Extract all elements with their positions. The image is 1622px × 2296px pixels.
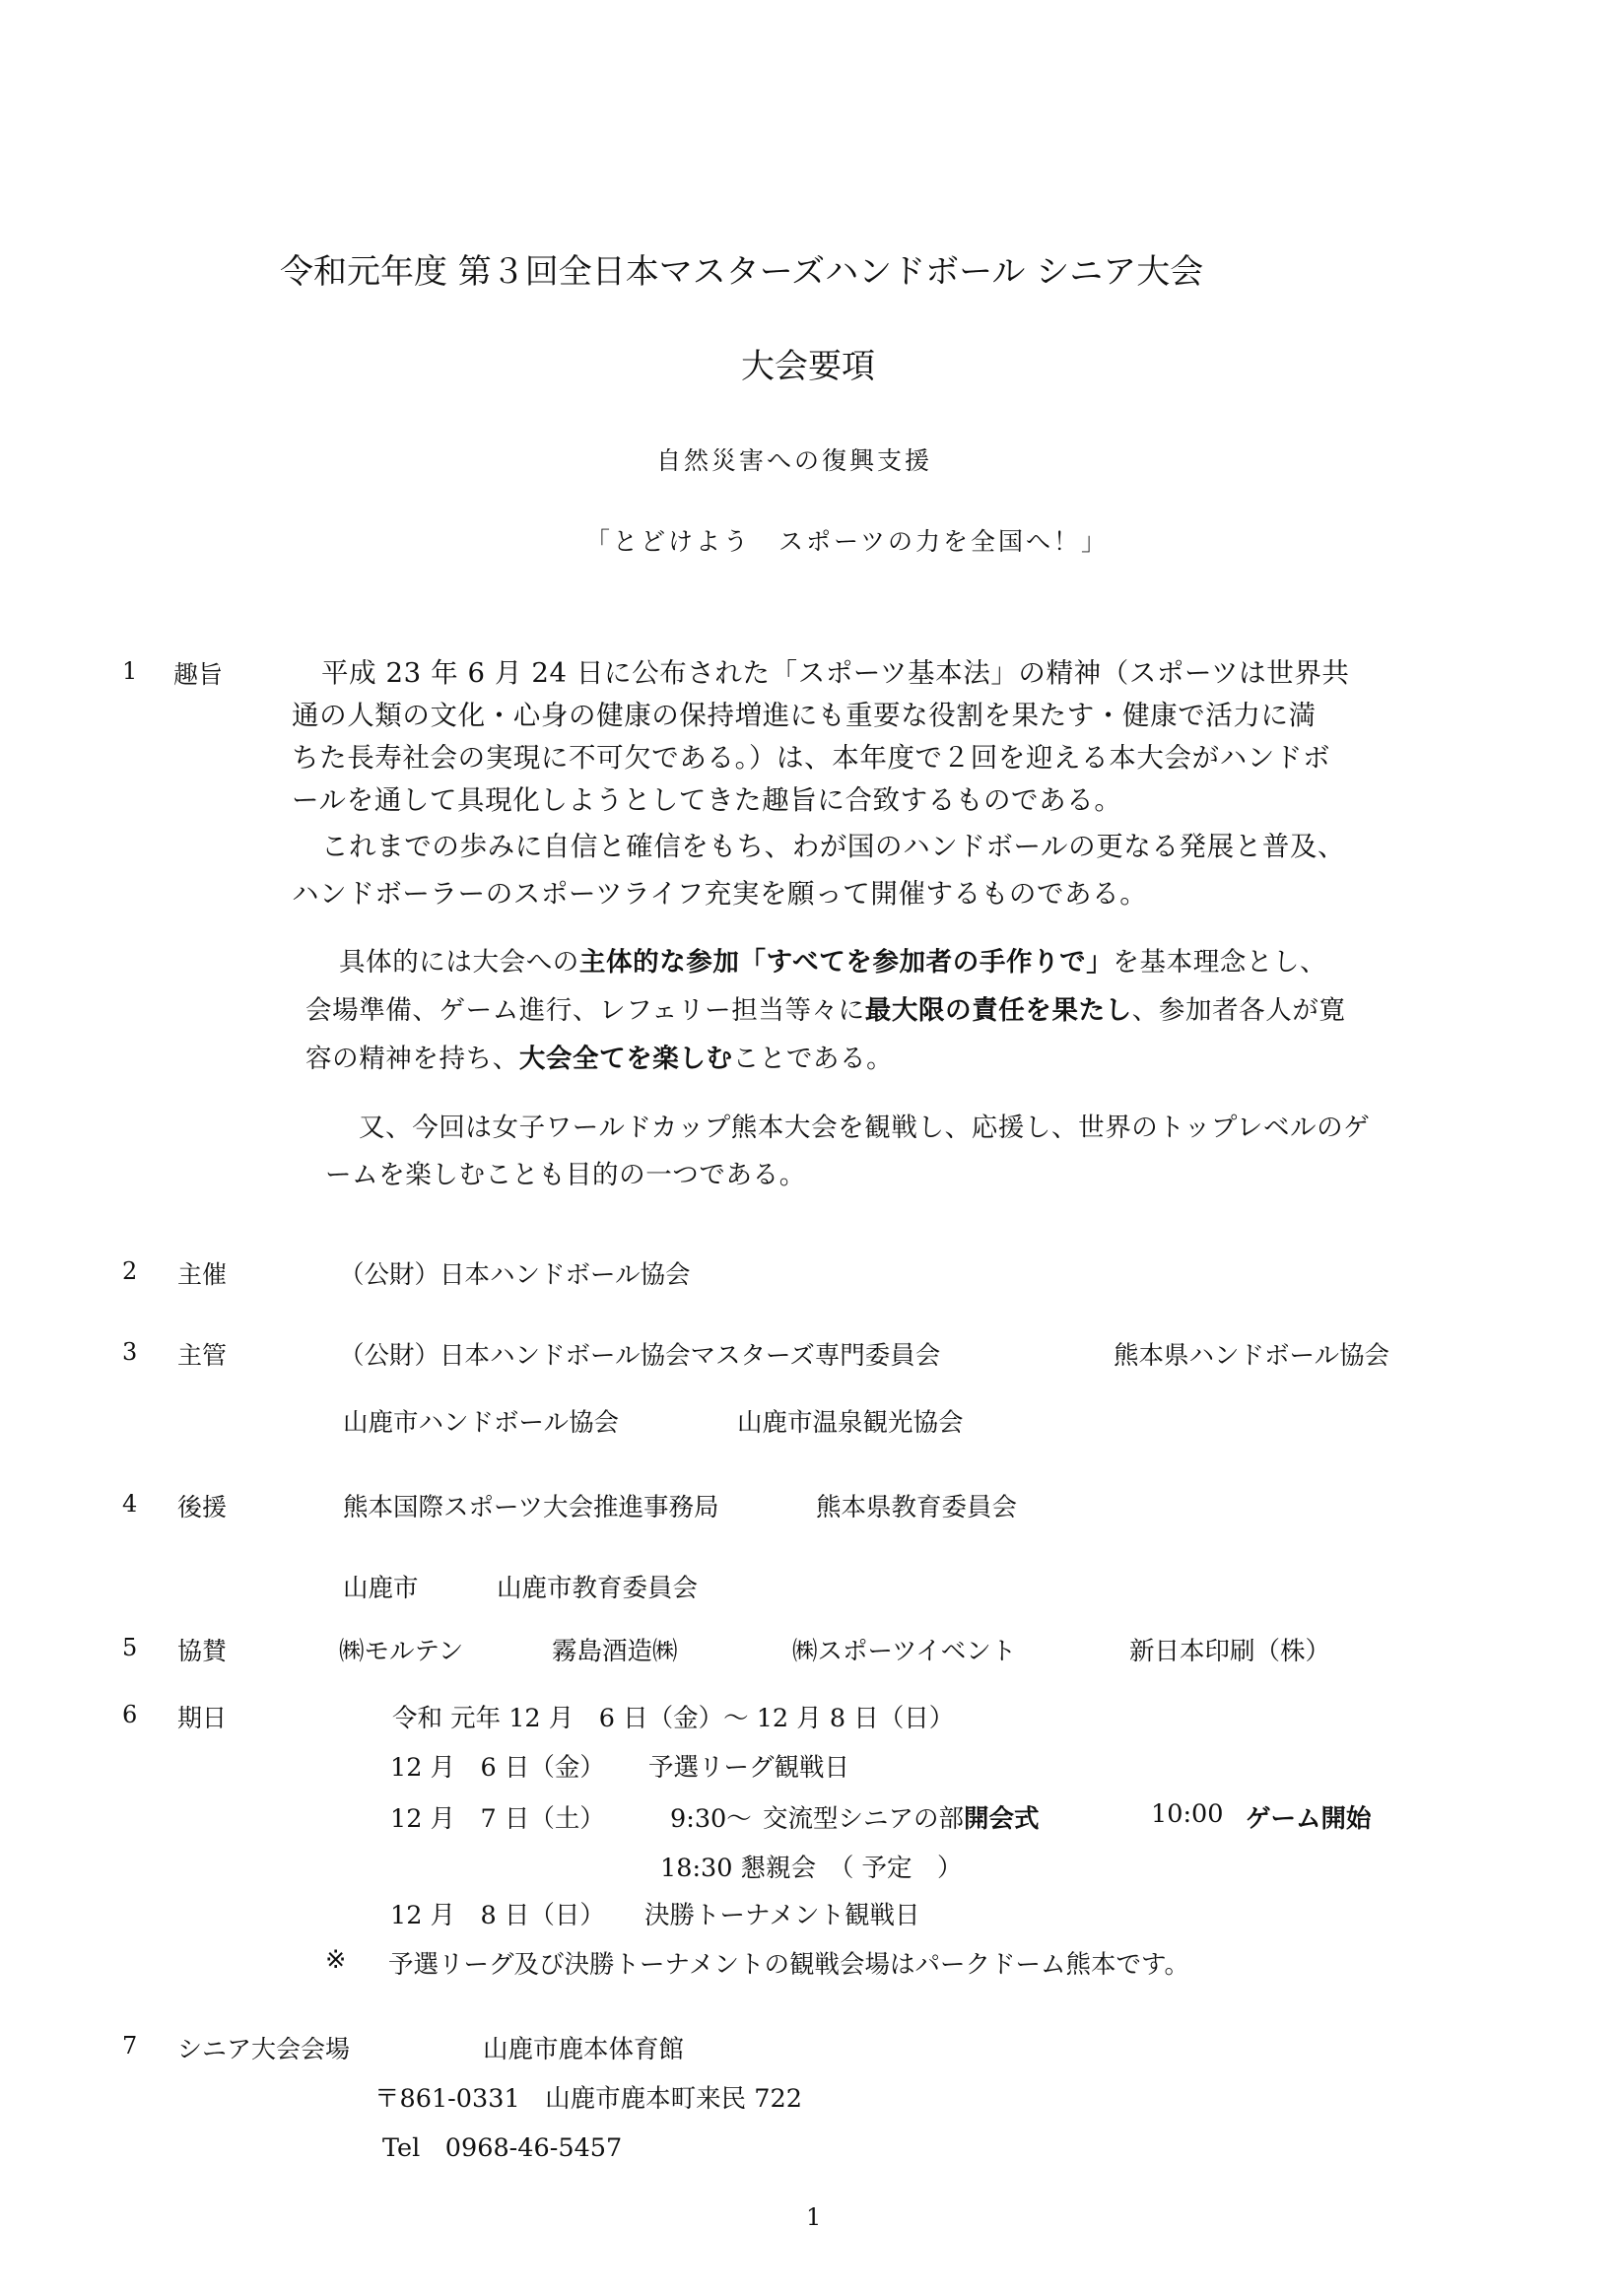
section-number: 7 [122,2032,137,2060]
document-title: 令和元年度 第３回全日本マスターズハンドボール シニア大会 [280,244,1203,293]
slogan-text: 「とどけよう スポーツの力を全国へ！」 [585,522,1109,558]
manager-org: 山鹿市ハンドボール協会 [343,1403,619,1439]
note-text: 予選リーグ及び決勝トーナメントの観戦会場はパークドーム熊本です。 [388,1945,1189,1981]
sponsor-name: ㈱モルテン [339,1632,463,1667]
emphasis-text: 主体的な参加「すべてを参加者の手作りで」 [579,947,1113,978]
paragraph-line: 通の人類の文化・心身の健康の保持増進にも重要な役割を果たす・健康で活力に満 [292,693,1317,732]
supporter-org: 山鹿市 [343,1569,419,1604]
schedule-date: 12 月 7 日（土） [390,1799,605,1835]
section-label: 主管 [177,1336,227,1372]
document-subtitle: 大会要項 [741,339,875,387]
sponsor-name: ㈱スポーツイベント [792,1632,1016,1667]
supporter-org: 山鹿市教育委員会 [497,1569,698,1604]
paragraph-line: これまでの歩みに自信と確信をもち、わが国のハンドボールの更なる発展と普及、 [321,824,1345,863]
sponsor-name: 新日本印刷（株） [1129,1632,1330,1667]
venue-address: 〒861-0331 山鹿市鹿本町来民 722 [374,2079,802,2115]
section-label: 主催 [177,1255,227,1291]
section-number: 3 [122,1338,137,1366]
paragraph-line: ちた長寿社会の実現に不可欠である。）は、本年度で２回を迎える本大会がハンドボ [292,735,1330,775]
paragraph-line: ームを楽しむことも目的の一つである。 [325,1153,806,1191]
emphasis-text: 最大限の責任を果たし [865,995,1132,1026]
section-number: 6 [122,1701,137,1728]
organizer-name: （公財）日本ハンドボール協会 [339,1255,691,1291]
sponsor-name: 霧島酒造㈱ [552,1632,678,1667]
section-number: 1 [122,657,137,685]
emphasis-text: 大会全てを楽しむ [519,1044,733,1074]
emphasis-text: 開会式 [964,1804,1040,1834]
page-number: 1 [806,2203,821,2231]
paragraph-line: 又、今回は女子ワールドカップ熊本大会を観戦し、応援し、世界のトップレベルのゲ [359,1106,1370,1144]
paragraph-line: 平成 23 年 6 月 24 日に公布された「スポーツ基本法」の精神（スポーツは… [321,650,1350,690]
document-page: 令和元年度 第３回全日本マスターズハンドボール シニア大会 大会要項 自然災害へ… [0,0,1622,2296]
section-label: シニア大会会場 [177,2030,350,2065]
schedule-text: 決勝トーナメント観戦日 [644,1896,919,1931]
theme-text: 自然災害への復興支援 [656,441,932,477]
supporter-org: 熊本国際スポーツ大会推進事務局 [343,1488,718,1523]
schedule-text: 交流型シニアの部開会式 [763,1799,1040,1835]
schedule-sub: 18:30 懇親会 （ 予定 ） [660,1849,962,1884]
paragraph-line: 会場準備、ゲーム進行、レフェリー担当等々に最大限の責任を果たし、参加者各人が寛 [305,988,1346,1027]
section-number: 2 [122,1257,137,1285]
paragraph-line: 容の精神を持ち、大会全てを楽しむことである。 [305,1037,893,1075]
supporter-org: 熊本県教育委員会 [816,1488,1017,1523]
schedule-date: 12 月 8 日（日） [390,1896,605,1931]
section-label: 後援 [177,1488,227,1523]
section-label: 期日 [177,1699,227,1734]
section-number: 5 [122,1634,137,1661]
paragraph-line: ールを通して具現化しようとしてきた趣旨に合致するものである。 [292,777,1121,817]
section-label: 協賛 [177,1632,227,1667]
emphasis-text: ゲーム開始 [1246,1799,1372,1835]
section-label: 趣旨 [173,655,223,691]
date-range: 令和 元年 12 月 6 日（金）～ 12 月 8 日（日） [392,1699,954,1734]
schedule-time: 9:30～ [670,1799,752,1835]
schedule-text: 予選リーグ観戦日 [648,1748,849,1784]
manager-org: 山鹿市温泉観光協会 [737,1403,964,1439]
section-number: 4 [122,1490,137,1518]
venue-phone: Tel 0968-46-5457 [382,2128,622,2164]
paragraph-line: 具体的には大会への主体的な参加「すべてを参加者の手作りで」を基本理念とし、 [339,940,1326,979]
manager-org: 熊本県ハンドボール協会 [1114,1336,1389,1372]
paragraph-line: ハンドボーラーのスポーツライフ充実を願って開催するものである。 [292,871,1147,911]
note-mark: ※ [325,1945,346,1975]
schedule-date: 12 月 6 日（金） [390,1748,605,1784]
schedule-time: 10:00 [1151,1799,1224,1829]
venue-name: 山鹿市鹿本体育館 [483,2030,684,2065]
manager-org: （公財）日本ハンドボール協会マスターズ専門委員会 [339,1336,940,1372]
